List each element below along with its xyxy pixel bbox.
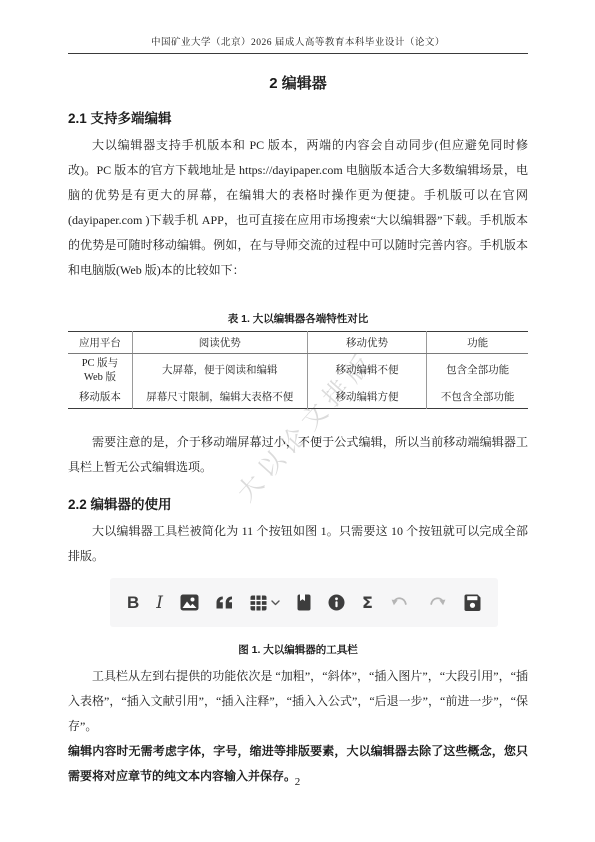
- table-row: 移动版本 屏幕尺寸限制，编辑大表格不便 移动编辑方便 不包含全部功能: [68, 388, 528, 409]
- editor-toolbar-figure: B I Σ: [110, 578, 498, 627]
- table-cell: 屏幕尺寸限制，编辑大表格不便: [132, 388, 307, 409]
- section-heading-2-2: 2.2 编辑器的使用: [68, 493, 528, 513]
- table-header-features: 功能: [427, 332, 528, 354]
- header-text: 中国矿业大学（北京）2026 届成人高等教育本科毕业设计（论文）: [151, 38, 445, 48]
- paragraph-formula-note: 需要注意的是，介于移动端屏幕过小，不便于公式编辑，所以当前移动端编辑器工具栏上暂…: [68, 430, 528, 480]
- page-number: 2: [0, 776, 595, 788]
- table-cell: 大屏幕，便于阅读和编辑: [132, 354, 307, 389]
- chapter-title: 2 编辑器: [68, 72, 528, 93]
- document-page: 大以论文排版 中国矿业大学（北京）2026 届成人高等教育本科毕业设计（论文） …: [0, 0, 595, 842]
- paragraph-multi-device: 大以编辑器支持手机版本和 PC 版本，两端的内容会自动同步(但应避免同时修改)。…: [68, 133, 528, 283]
- table-header-row: 应用平台 阅读优势 移动优势 功能: [68, 332, 528, 354]
- table-cell: 移动编辑方便: [307, 388, 427, 409]
- annotation-info-icon: [328, 594, 345, 611]
- bold-icon: B: [127, 593, 139, 613]
- paragraph-toolbar-intro: 大以编辑器工具栏被简化为 11 个按钮如图 1。只需要这 10 个按钮就可以完成…: [68, 519, 528, 569]
- document-body: 2 编辑器 2.1 支持多端编辑 大以编辑器支持手机版本和 PC 版本，两端的内…: [68, 72, 528, 789]
- formula-sigma-icon: Σ: [362, 593, 373, 612]
- undo-icon: [390, 595, 410, 610]
- redo-icon: [427, 595, 447, 610]
- table-header-platform: 应用平台: [68, 332, 132, 354]
- table-caption: 表 1. 大以编辑器各端特性对比: [68, 311, 528, 326]
- insert-table-control: [250, 595, 280, 611]
- paragraph-toolbar-functions: 工具栏从左到右提供的功能依次是 “加粗”，“斜体”，“插入图片”，“大段引用”，…: [68, 664, 528, 739]
- table-cell: PC 版与 Web 版: [68, 354, 132, 389]
- table-row: PC 版与 Web 版 大屏幕，便于阅读和编辑 移动编辑不便 包含全部功能: [68, 354, 528, 389]
- comparison-table: 应用平台 阅读优势 移动优势 功能 PC 版与 Web 版 大屏幕，便于阅读和编…: [68, 331, 528, 409]
- table-header-reading: 阅读优势: [132, 332, 307, 354]
- table-cell: 移动版本: [68, 388, 132, 409]
- table-header-mobility: 移动优势: [307, 332, 427, 354]
- table-icon: [250, 595, 267, 611]
- chevron-down-icon: [271, 600, 280, 606]
- citation-book-icon: [297, 594, 311, 611]
- page-header: 中国矿业大学（北京）2026 届成人高等教育本科毕业设计（论文）: [68, 34, 528, 54]
- table-cell: 不包含全部功能: [427, 388, 528, 409]
- figure-caption: 图 1. 大以编辑器的工具栏: [68, 642, 528, 657]
- section-heading-2-1: 2.1 支持多端编辑: [68, 107, 528, 127]
- table-cell: 包含全部功能: [427, 354, 528, 389]
- italic-icon: I: [156, 593, 163, 613]
- table-cell: 移动编辑不便: [307, 354, 427, 389]
- save-icon: [464, 594, 481, 611]
- blockquote-icon: [216, 596, 233, 609]
- insert-image-icon: [180, 594, 199, 611]
